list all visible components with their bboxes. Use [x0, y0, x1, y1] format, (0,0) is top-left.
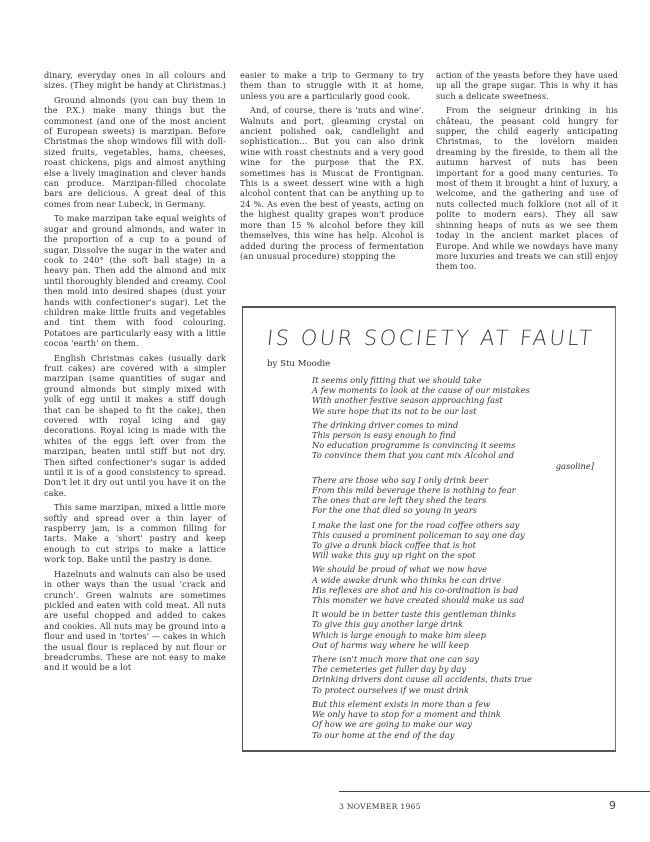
- poem-stanza: But this element exists in more than a f…: [312, 699, 594, 740]
- poem-line: To give this guy another large drink: [312, 619, 594, 629]
- poem-line: Will wake this guy up right on the spot: [312, 550, 594, 560]
- footer-rule: [339, 791, 650, 792]
- poem-line: It seems only fitting that we should tak…: [312, 375, 594, 385]
- poem-box: IS OUR SOCIETY AT FAULT by Stu Moodie It…: [242, 306, 616, 752]
- poem-line: From this mild beverage there is nothing…: [312, 485, 594, 495]
- poem-line: To our home at the end of the day: [312, 730, 594, 740]
- poem-line: It would be in better taste this gentlem…: [312, 609, 594, 619]
- article-paragraph: From the seigneur drinking in his châtea…: [436, 105, 618, 272]
- poem-line: With another festive season approaching …: [312, 395, 594, 405]
- article-paragraph: dinary, everyday ones in all colours and…: [44, 70, 226, 91]
- poem-line: To convince them that you cant mix Alcoh…: [312, 450, 594, 460]
- article-paragraph: Ground almonds (you can buy them in the …: [44, 95, 226, 209]
- article-paragraph: easier to make a trip to Germany to try …: [240, 70, 424, 101]
- poem-line: Which is large enough to make him sleep: [312, 630, 594, 640]
- page-number: 9: [609, 799, 616, 812]
- poem-line: Out of harms way where he will keep: [312, 640, 594, 650]
- poem-line: The cemeteries get fuller day by day: [312, 664, 594, 674]
- article-column-1: dinary, everyday ones in all colours and…: [44, 70, 226, 677]
- poem-line: For the one that died so young in years: [312, 505, 594, 515]
- poem-body: It seems only fitting that we should tak…: [312, 375, 594, 744]
- poem-line: To give a drunk black coffee that is hot: [312, 540, 594, 550]
- poem-line: The drinking driver comes to mind: [312, 420, 594, 430]
- article-paragraph: To make marzipan take equal weights of s…: [44, 213, 226, 348]
- article-paragraph: And, of course, there is 'nuts and wine'…: [240, 105, 424, 261]
- article-column-3: action of the yeasts before they have us…: [436, 70, 618, 276]
- poem-line: The ones that are left they shed the tea…: [312, 495, 594, 505]
- poem-line: No education programme is convincing it …: [312, 440, 594, 450]
- article-paragraph: This same marzipan, mixed a little more …: [44, 502, 226, 564]
- article-paragraph: action of the yeasts before they have us…: [436, 70, 618, 101]
- article-paragraph: English Christmas cakes (usually dark fr…: [44, 353, 226, 499]
- poem-stanza: It seems only fitting that we should tak…: [312, 375, 594, 416]
- poem-line: Drinking drivers dont cause all accident…: [312, 674, 594, 684]
- poem-line: There are those who say I only drink bee…: [312, 475, 594, 485]
- poem-line: We only have to stop for a moment and th…: [312, 709, 594, 719]
- issue-date: 3 NOVEMBER 1965: [339, 802, 421, 811]
- poem-stanza: There are those who say I only drink bee…: [312, 475, 594, 516]
- poem-line: A wide awake drunk who thinks he can dri…: [312, 575, 594, 585]
- poem-line: There isn't much more that one can say: [312, 654, 594, 664]
- poem-line: Of how we are going to make our way: [312, 719, 594, 729]
- poem-line: This monster we have created should make…: [312, 595, 594, 605]
- poem-byline: by Stu Moodie: [267, 359, 330, 369]
- poem-stanza: The drinking driver comes to mindThis pe…: [312, 420, 594, 471]
- article-paragraph: Hazelnuts and walnuts can also be used i…: [44, 569, 226, 673]
- poem-line: This caused a prominent policeman to say…: [312, 530, 594, 540]
- poem-stanza: There isn't much more that one can sayTh…: [312, 654, 594, 695]
- poem-line: We sure hope that its not to be our last: [312, 406, 594, 416]
- poem-stanza: We should be proud of what we now haveA …: [312, 564, 594, 605]
- poem-line: His reflexes are shot and his co-ordinat…: [312, 585, 594, 595]
- poem-title: IS OUR SOCIETY AT FAULT: [266, 326, 595, 350]
- poem-stanza: It would be in better taste this gentlem…: [312, 609, 594, 650]
- poem-stanza: I make the last one for the road coffee …: [312, 520, 594, 561]
- poem-line: I make the last one for the road coffee …: [312, 520, 594, 530]
- poem-line: gasoline]: [312, 461, 594, 471]
- poem-line: A few moments to look at the cause of ou…: [312, 385, 594, 395]
- poem-line: This person is easy enough to find: [312, 430, 594, 440]
- poem-line: We should be proud of what we now have: [312, 564, 594, 574]
- poem-line: But this element exists in more than a f…: [312, 699, 594, 709]
- poem-line: To protect ourselves if we must drink: [312, 685, 594, 695]
- article-column-2: easier to make a trip to Germany to try …: [240, 70, 424, 265]
